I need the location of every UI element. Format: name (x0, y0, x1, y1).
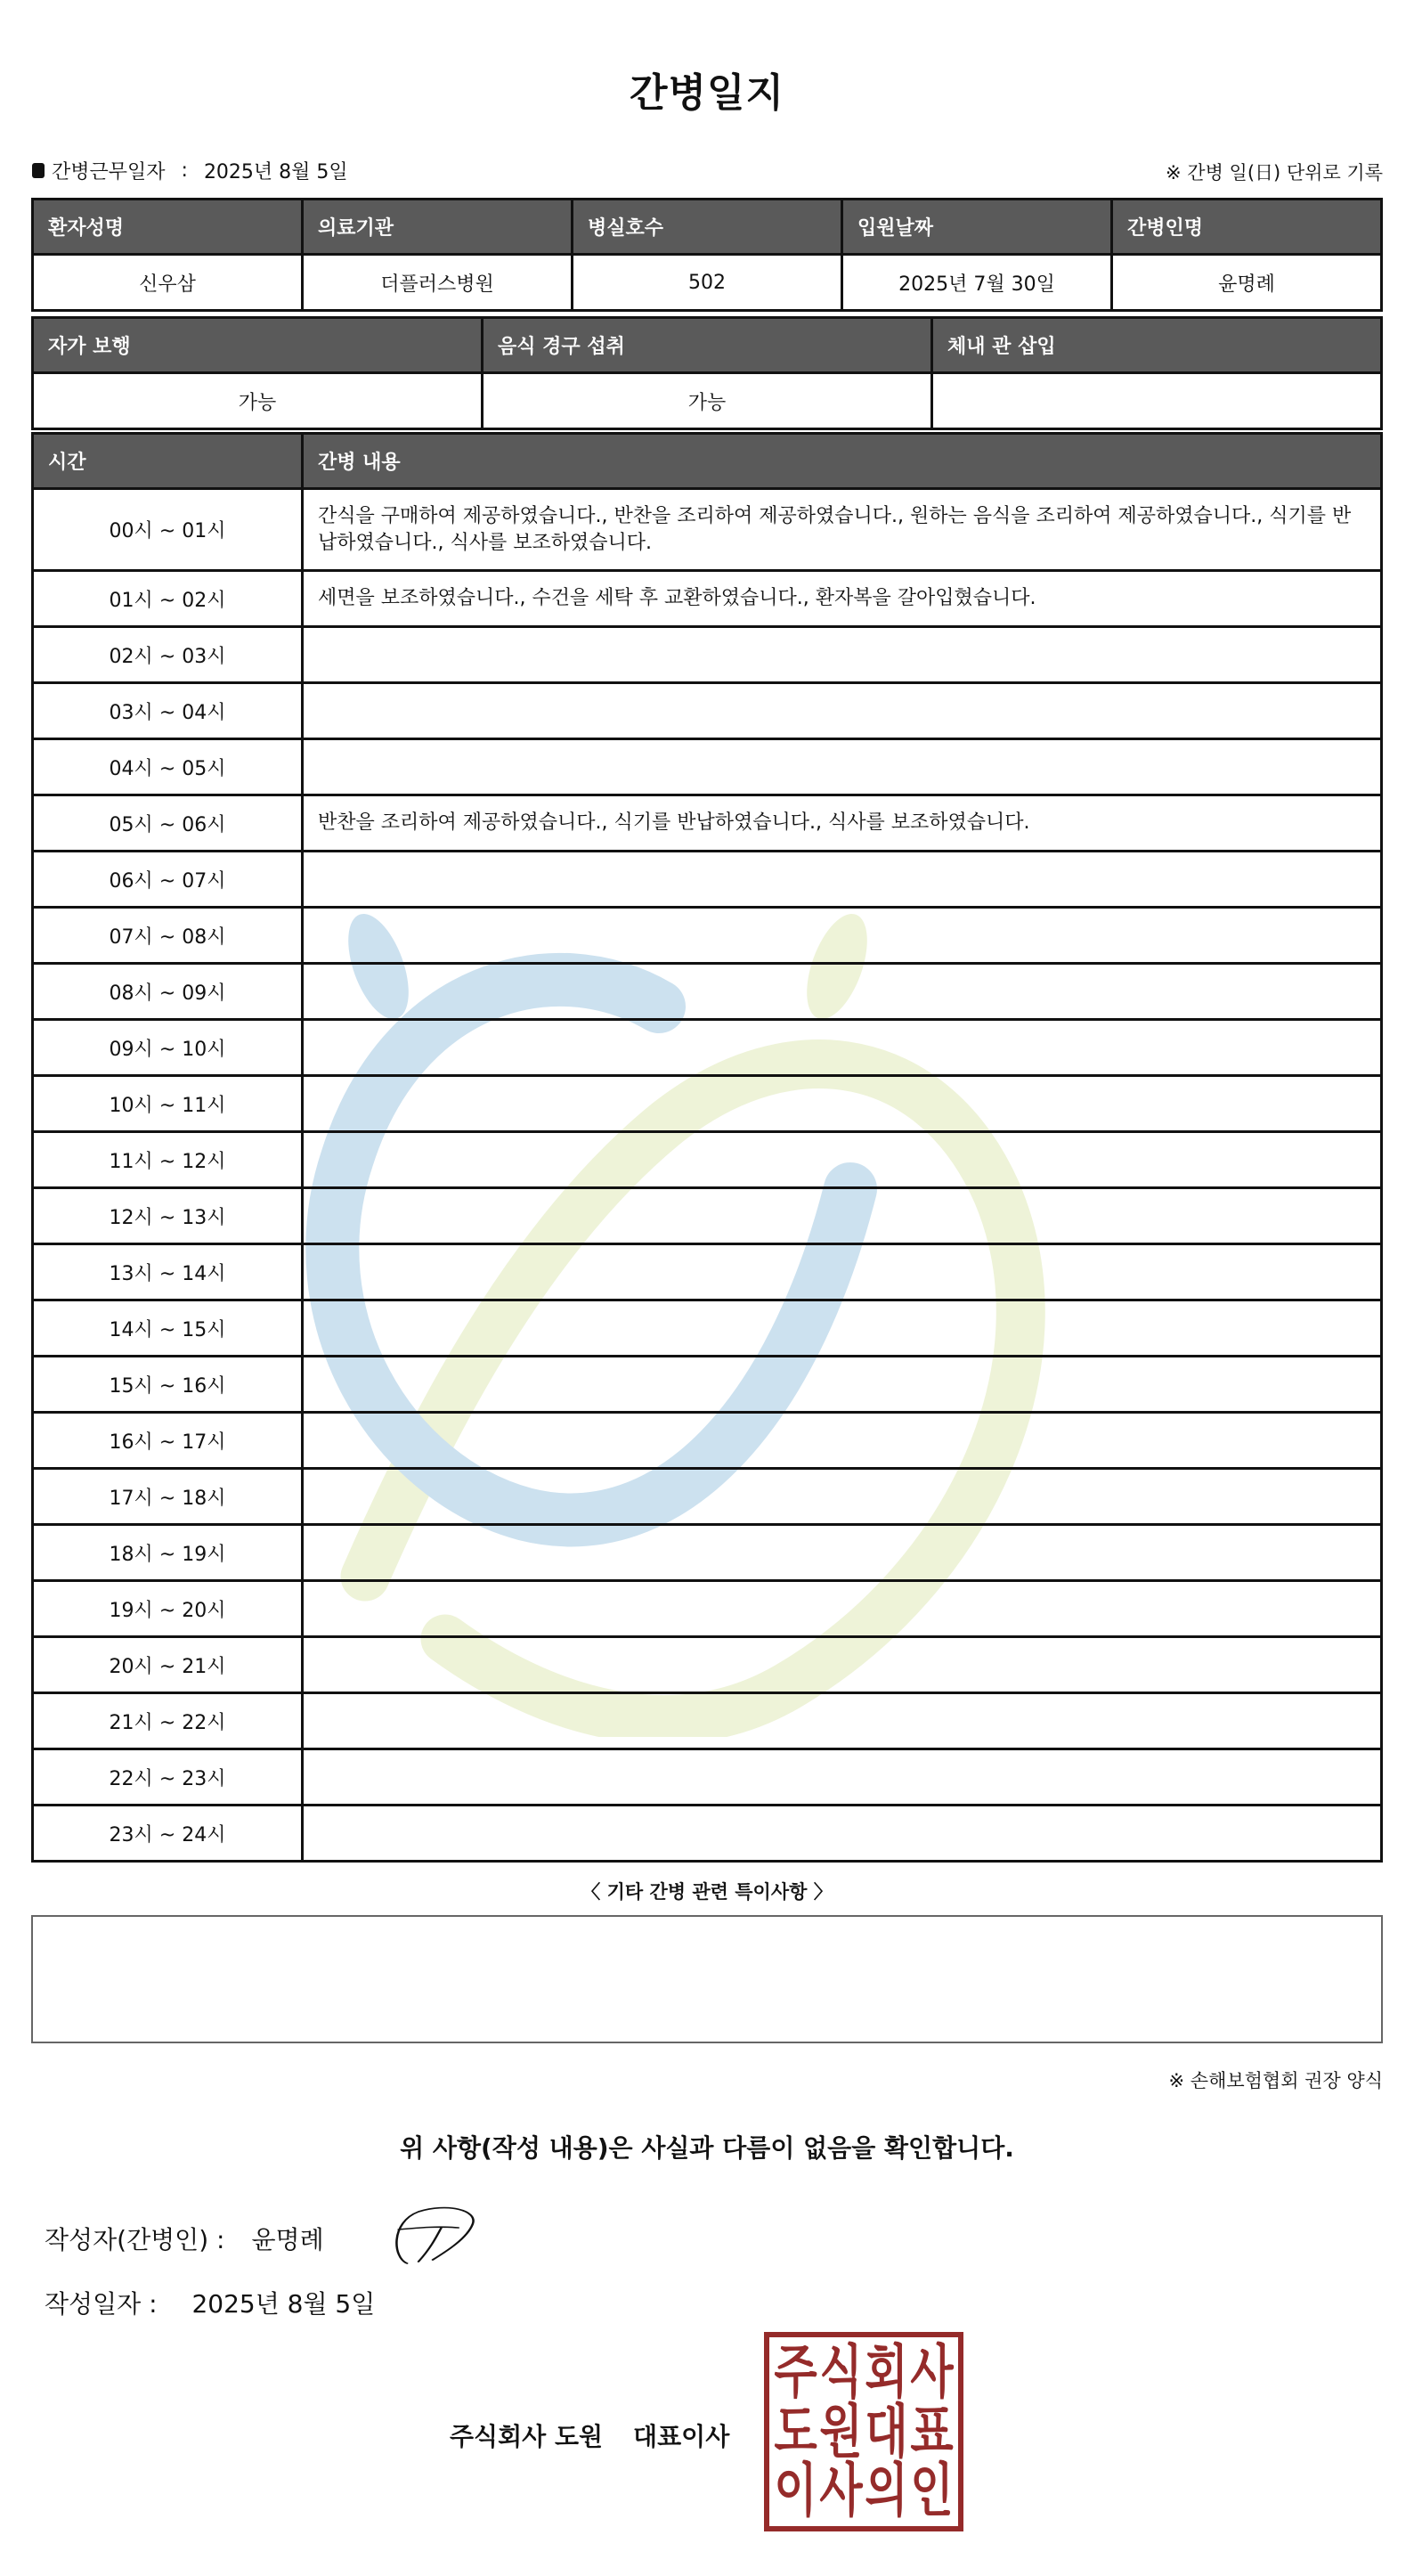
header-oral-intake: 음식 경구 섭취 (483, 318, 932, 373)
seal-character: 이 (773, 2452, 818, 2530)
table-row: 10시 ~ 11시 (33, 1076, 1382, 1132)
header-patient-name: 환자성명 (33, 200, 303, 255)
care-content (303, 964, 1382, 1020)
table-row: 01시 ~ 02시세면을 보조하였습니다., 수건을 세탁 후 교환하였습니다.… (33, 571, 1382, 627)
seal-character: 의 (864, 2452, 909, 2530)
write-date-value: 2025년 8월 5일 (191, 2289, 375, 2319)
care-content (303, 627, 1382, 683)
tube-insertion (932, 373, 1382, 429)
daily-record-note: ※ 간병 일(日) 단위로 기록 (1166, 159, 1383, 185)
hospital: 더플러스병원 (303, 255, 573, 311)
header-care-content: 간병 내용 (303, 434, 1382, 489)
time-slot: 18시 ~ 19시 (33, 1525, 303, 1581)
care-log-table: 시간 간병 내용 00시 ~ 01시간식을 구매하여 제공하였습니다., 반찬을… (31, 432, 1383, 1863)
time-slot: 05시 ~ 06시 (33, 795, 303, 852)
table-row: 19시 ~ 20시 (33, 1581, 1382, 1637)
care-content (303, 1806, 1382, 1862)
time-slot: 15시 ~ 16시 (33, 1357, 303, 1413)
time-slot: 16시 ~ 17시 (33, 1413, 303, 1469)
header-room-number: 병실호수 (573, 200, 842, 255)
care-content: 세면을 보조하였습니다., 수건을 세탁 후 교환하였습니다., 환자복을 갈아… (303, 571, 1382, 627)
table-row: 05시 ~ 06시반찬을 조리하여 제공하였습니다., 식기를 반납하였습니다.… (33, 795, 1382, 852)
square-bullet-icon (32, 163, 45, 178)
table-row: 00시 ~ 01시간식을 구매하여 제공하였습니다., 반찬을 조리하여 제공하… (33, 489, 1382, 571)
table-row: 07시 ~ 08시 (33, 908, 1382, 964)
time-slot: 01시 ~ 02시 (33, 571, 303, 627)
time-slot: 09시 ~ 10시 (33, 1020, 303, 1076)
patient-info-table: 환자성명 의료기관 병실호수 입원날짜 간병인명 신우삼 더플러스병원 502 … (31, 198, 1383, 312)
admission-date: 2025년 7월 30일 (842, 255, 1112, 311)
time-slot: 04시 ~ 05시 (33, 739, 303, 795)
table-row: 11시 ~ 12시 (33, 1132, 1382, 1188)
time-slot: 02시 ~ 03시 (33, 627, 303, 683)
table-row: 17시 ~ 18시 (33, 1469, 1382, 1525)
company-name: 주식회사 도원 (450, 2422, 603, 2451)
care-content (303, 1244, 1382, 1300)
time-slot: 23시 ~ 24시 (33, 1806, 303, 1862)
signature-icon (390, 2205, 479, 2269)
write-date-label: 작성일자 : (45, 2289, 158, 2319)
notes-box (31, 1915, 1383, 2043)
care-content: 간식을 구매하여 제공하였습니다., 반찬을 조리하여 제공하였습니다., 원하… (303, 489, 1382, 571)
time-slot: 20시 ~ 21시 (33, 1637, 303, 1693)
table-row: 22시 ~ 23시 (33, 1749, 1382, 1806)
care-content (303, 1020, 1382, 1076)
form-source-note: ※ 손해보험협회 권장 양식 (1169, 2067, 1383, 2093)
writer-label: 작성자(간병인) : (45, 2221, 224, 2256)
table-row: 06시 ~ 07시 (33, 852, 1382, 908)
care-content (303, 1132, 1382, 1188)
time-slot: 12시 ~ 13시 (33, 1188, 303, 1244)
notes-title: 〈 기타 간병 관련 특이사항 〉 (0, 1878, 1414, 1904)
time-slot: 19시 ~ 20시 (33, 1581, 303, 1637)
table-row: 16시 ~ 17시 (33, 1413, 1382, 1469)
table-row: 20시 ~ 21시 (33, 1637, 1382, 1693)
care-content (303, 1525, 1382, 1581)
table-row: 14시 ~ 15시 (33, 1300, 1382, 1357)
company-title: 대표이사 (633, 2422, 729, 2451)
time-slot: 21시 ~ 22시 (33, 1693, 303, 1749)
confirmation-statement: 위 사항(작성 내용)은 사실과 다름이 없음을 확인합니다. (0, 2129, 1414, 2164)
patient-status-table: 자가 보행 음식 경구 섭취 체내 관 삽입 가능 가능 (31, 316, 1383, 430)
table-row: 21시 ~ 22시 (33, 1693, 1382, 1749)
care-content (303, 1076, 1382, 1132)
care-content (303, 852, 1382, 908)
table-row: 12시 ~ 13시 (33, 1188, 1382, 1244)
page-title: 간병일지 (0, 61, 1414, 118)
header-admission-date: 입원날짜 (842, 200, 1112, 255)
write-date-line: 작성일자 : 2025년 8월 5일 (45, 2285, 375, 2320)
time-slot: 06시 ~ 07시 (33, 852, 303, 908)
header-tube-insertion: 체내 관 삽입 (932, 318, 1382, 373)
time-slot: 11시 ~ 12시 (33, 1132, 303, 1188)
care-content (303, 1749, 1382, 1806)
care-content (303, 739, 1382, 795)
care-content (303, 1637, 1382, 1693)
header-hospital: 의료기관 (303, 200, 573, 255)
work-date-line: 간병근무일자 : 2025년 8월 5일 (32, 157, 348, 184)
header-caregiver-name: 간병인명 (1112, 200, 1382, 255)
table-row: 18시 ~ 19시 (33, 1525, 1382, 1581)
time-slot: 03시 ~ 04시 (33, 683, 303, 739)
time-slot: 08시 ~ 09시 (33, 964, 303, 1020)
work-date-separator: : (182, 159, 188, 182)
company-seal-stamp: 주식회사도원대표이사의인 (764, 2332, 963, 2531)
care-content (303, 1469, 1382, 1525)
care-content (303, 908, 1382, 964)
self-walking: 가능 (33, 373, 483, 429)
time-slot: 22시 ~ 23시 (33, 1749, 303, 1806)
table-row: 23시 ~ 24시 (33, 1806, 1382, 1862)
time-slot: 14시 ~ 15시 (33, 1300, 303, 1357)
work-date-value: 2025년 8월 5일 (204, 157, 348, 184)
patient-name: 신우삼 (33, 255, 303, 311)
care-content (303, 1188, 1382, 1244)
time-slot: 07시 ~ 08시 (33, 908, 303, 964)
caregiver-name: 윤명례 (1112, 255, 1382, 311)
writer-line: 작성자(간병인) : 윤명례 (45, 2221, 324, 2256)
writer-name: 윤명례 (251, 2221, 323, 2256)
care-content (303, 1413, 1382, 1469)
table-row: 08시 ~ 09시 (33, 964, 1382, 1020)
care-content (303, 1300, 1382, 1357)
oral-intake: 가능 (483, 373, 932, 429)
seal-character: 인 (909, 2452, 955, 2530)
time-slot: 10시 ~ 11시 (33, 1076, 303, 1132)
care-content (303, 1581, 1382, 1637)
table-row: 15시 ~ 16시 (33, 1357, 1382, 1413)
seal-character: 사 (818, 2452, 864, 2530)
header-self-walking: 자가 보행 (33, 318, 483, 373)
company-signature-line: 주식회사 도원대표이사 (450, 2417, 729, 2453)
time-slot: 00시 ~ 01시 (33, 489, 303, 571)
time-slot: 13시 ~ 14시 (33, 1244, 303, 1300)
care-content (303, 1357, 1382, 1413)
care-content (303, 1693, 1382, 1749)
room-number: 502 (573, 255, 842, 311)
table-row: 03시 ~ 04시 (33, 683, 1382, 739)
table-row: 04시 ~ 05시 (33, 739, 1382, 795)
work-date-label: 간병근무일자 (52, 157, 166, 184)
care-content (303, 683, 1382, 739)
table-row: 13시 ~ 14시 (33, 1244, 1382, 1300)
table-row: 02시 ~ 03시 (33, 627, 1382, 683)
time-slot: 17시 ~ 18시 (33, 1469, 303, 1525)
table-row: 09시 ~ 10시 (33, 1020, 1382, 1076)
care-content: 반찬을 조리하여 제공하였습니다., 식기를 반납하였습니다., 식사를 보조하… (303, 795, 1382, 852)
header-time: 시간 (33, 434, 303, 489)
